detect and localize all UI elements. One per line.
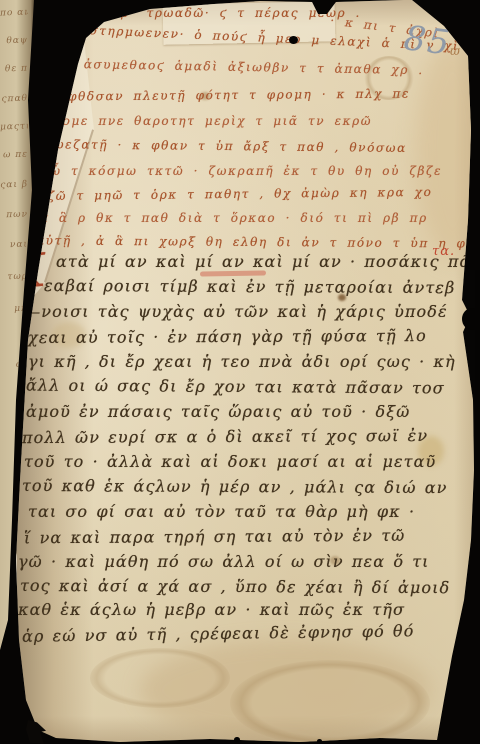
scholia-line: αὐτῇ , ἀ ἃ πι χωρξ θη ελθη δι ἀν τ πόνο … bbox=[36, 233, 480, 250]
scholia-line: π ἃ ρ θκ τ παθ διὰ τ ὅρκαο · διό τι πὶ ρ… bbox=[40, 211, 428, 225]
body-line: ται σο φί σαι αὐ τὸν ταῦ τα θὰρ μὴ φκ · bbox=[28, 502, 415, 522]
body-line: ‒νοισι τὰς ψυχὰς αὐ τῶν καὶ ἡ χάρις ὑποδ… bbox=[30, 302, 448, 322]
edge-notch bbox=[475, 270, 480, 430]
stain-ring bbox=[230, 660, 430, 744]
scholia-line: ϛ ἀσυμεθαοϛ ἁμαδὶ ἀξιωθβν τ τ ἀπαθα χρ . bbox=[66, 57, 424, 77]
scholia-line: ἢ ὦ τ κόσμω τκτῶ · ζωκραπῆ ἐκ τ θυ θη οὐ… bbox=[32, 164, 442, 178]
scholia-line: ἐφθδσαν πλευτῇ φότητ τ φρομη · κ πλχ πε bbox=[60, 86, 410, 103]
body-line: χεαι αὐ τοῖς · ἐν πάση γὰρ τῇ φύσα τῇ λο bbox=[28, 326, 427, 348]
bottom-edge-shadow bbox=[0, 716, 480, 744]
scholia-line: τ ζῶ τ μηῶ τ ὁρκ τ παθητ , θχ ἀμὼρ κη κρ… bbox=[30, 185, 433, 203]
body-line: καθ ἑκ άςλω ἡ μεβρ αν · καὶ πῶς ἐκ τῆσ bbox=[18, 600, 405, 620]
margin-fragment: θαψ bbox=[0, 36, 28, 47]
folio-flourish: ϖ bbox=[450, 44, 460, 58]
scholia-line: τ᾽ αρ᾽ τρωαδῶ· ϛ τ πέρας μεωρ . bbox=[86, 6, 361, 20]
margin-fragment: θε π bbox=[0, 64, 28, 75]
margin-fragment: ςπαθ bbox=[0, 94, 28, 105]
margin-fragment: πο αν bbox=[0, 8, 28, 19]
margin-fragment: τωρ bbox=[0, 272, 28, 283]
manuscript-photo: πο αν θαψ θε π ςπαθ μαςτυρ ω πε ςαι β πω… bbox=[0, 0, 480, 744]
margin-fragment: πων bbox=[0, 210, 28, 221]
margin-fragment: ςαι β bbox=[0, 180, 28, 191]
wormhole bbox=[289, 36, 298, 44]
ink-speck bbox=[117, 2, 124, 6]
body-line: εαβαί ροισι τίμβ καὶ ἐν τῇ μεταροίαι ἀντ… bbox=[44, 276, 455, 298]
body-line: τος καὶ ἀσί α χά ασ , ὕπο δε χέαι ἢ δί ἀ… bbox=[20, 576, 450, 598]
margin-fragment: μπ bbox=[0, 304, 28, 315]
body-line: ἄλλ οι ώ σας δι ἔρ χον ται κατὰ πᾶσαν το… bbox=[26, 376, 445, 399]
body-line: ἁρ εώ νσ αὐ τῆ , ςρέφεαι δὲ ἐφνησ φό θό bbox=[22, 621, 415, 646]
scholia-line: ρομε πνε θαροτητ μερὶχ τ μιᾶ τν εκρῶ bbox=[54, 114, 372, 128]
body-line: γι κῆ , δι ἔρ χεαι ἡ τεο πνὰ ἀδι ορί ςως… bbox=[28, 352, 456, 372]
folio-number: 85 bbox=[402, 21, 453, 61]
body-line: ἵ να καὶ παρα τηρή ση ται αὐ τὸν ἐν τῶ bbox=[24, 526, 406, 549]
ink-speck bbox=[317, 739, 322, 743]
body-line: πολλ ῶν ευρί σκ α ὁ δὶ ακεῖ τί χος σωϊ ἐ… bbox=[22, 426, 428, 448]
scholia-line: σεωεζατῇ · κ φθαν τ ὑπ ἄρξ τ παθ , θνόσω… bbox=[36, 137, 407, 155]
quire-mark-red: τα. bbox=[432, 244, 455, 259]
body-line: τοῦ το · ἀλλὰ καὶ αἱ δοκι μασί αι αἱ μετ… bbox=[24, 452, 436, 472]
margin-fragment: ναι bbox=[0, 240, 28, 251]
page-leaf: τ᾽ αρ᾽ τρωαδῶ· ϛ τ πέρας μεωρ . · κ πι τ… bbox=[0, 0, 480, 744]
water-stain bbox=[140, 640, 430, 740]
body-line: ἀμοῦ ἐν πάσαις ταῖς ὥραις αὐ τοῦ · δξῶ bbox=[26, 402, 410, 422]
water-stain bbox=[415, 40, 480, 260]
body-line: τοῦ καθ ἑκ άςλων ἡ μέρ αν , μάλι ςα διώ … bbox=[22, 476, 448, 498]
body-line: ατὰ μί αν καὶ μί αν καὶ μί αν · ποσάκις … bbox=[56, 252, 471, 272]
ink-speck bbox=[234, 737, 240, 742]
body-line: γῶ · καὶ μάθη πό σω ἀλλ οί ω σὶν πεα ὅ τ… bbox=[18, 552, 430, 572]
margin-fragment: μαςτυρ bbox=[0, 122, 28, 133]
margin-fragment: ω πε bbox=[0, 150, 28, 161]
margin-fragment: ςθ bbox=[0, 360, 28, 371]
stain-ring bbox=[90, 648, 230, 708]
torn-edge-highlight bbox=[10, 552, 17, 642]
